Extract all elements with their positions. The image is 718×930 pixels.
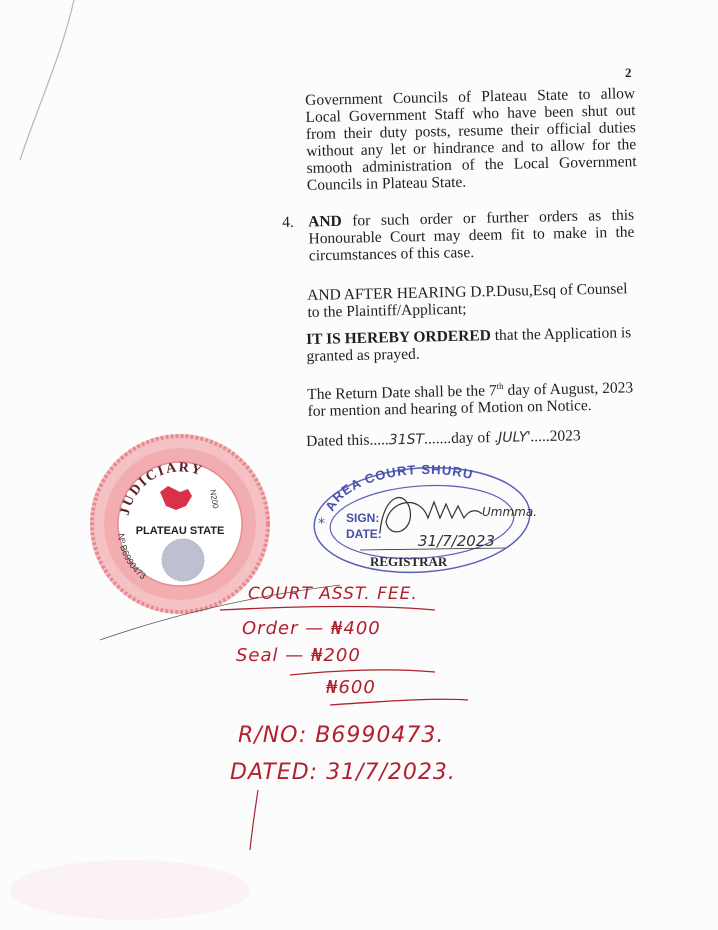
stamp-date-value: 31/7/2023 [418, 532, 495, 550]
seal-state: PLATEAU STATE [136, 525, 225, 537]
svg-text:Ummma.: Ummma. [482, 505, 537, 519]
handwritten-month: JULY [498, 429, 528, 446]
handwritten-fee-row: Order — ₦400 [242, 618, 381, 639]
svg-text:AREA COURT SHURU: AREA COURT SHURU [322, 462, 475, 513]
handwritten-receipt-number: R/NO: B6990473. [238, 723, 444, 748]
sign-label: SIGN: [346, 511, 379, 525]
item-lead: AND [308, 213, 342, 231]
registrar-stamp: AREA COURT SHURU * SIGN: DATE: Ummma. 31… [310, 462, 545, 577]
handwritten-fee-row: Seal — ₦200 [236, 645, 361, 666]
judiciary-seal: JUDICIARY PLATEAU STATE N200 Nº B6990473 [88, 432, 273, 617]
date-label: DATE: [346, 527, 382, 541]
registrar-title: REGISTRAR [370, 554, 448, 569]
handwritten-day: 31ST [389, 432, 425, 449]
handwritten-receipt-date: DATED: 31/7/2023. [230, 760, 456, 785]
stamp-arc-text: AREA COURT SHURU [322, 462, 475, 513]
order-paragraph-3: Government Councils of Plateau State to … [305, 85, 637, 194]
page-number: 2 [625, 65, 632, 81]
handwritten-fee-total: ₦600 [326, 677, 376, 698]
order-item-4: 4. AND for such order or further orders … [282, 207, 635, 265]
item-number: 4. [282, 214, 294, 231]
dated-line: Dated this.....31ST.......day of .JULY'.… [306, 426, 646, 451]
registrar-signature [380, 498, 482, 532]
hearing-paragraph: AND AFTER HEARING D.P.Dusu,Esq of Counse… [307, 280, 638, 321]
star-icon: * [318, 516, 325, 532]
handwritten-fee-heading: COURT ASST. FEE. [248, 584, 418, 604]
order-paragraph: IT IS HEREBY ORDERED that the Applicatio… [306, 324, 637, 365]
return-date-paragraph: The Return Date shall be the 7th day of … [307, 375, 638, 420]
